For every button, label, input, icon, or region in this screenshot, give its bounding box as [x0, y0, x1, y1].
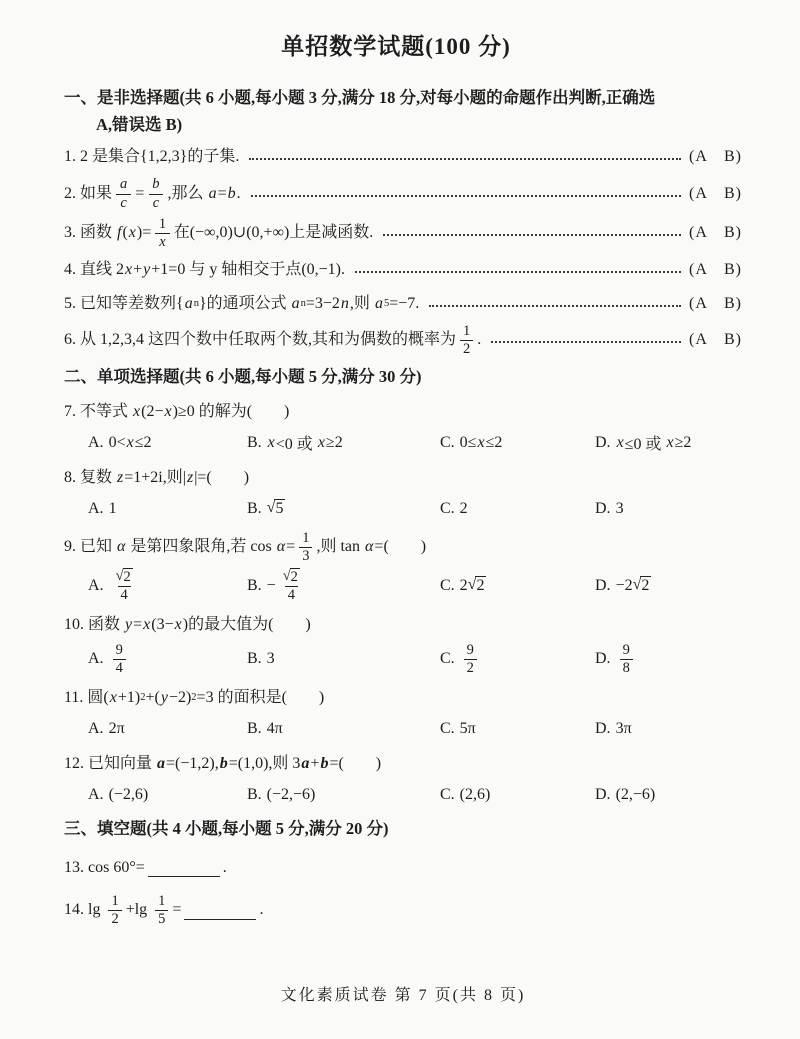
text-segment: 5π [460, 720, 476, 738]
option-label: C. [440, 577, 455, 595]
math-variable: x [267, 434, 276, 452]
exam-paper-page: 单招数学试题(100 分) 一、是非选择题(共 6 小题,每小题 3 分,满分 … [0, 0, 800, 1039]
question-text: cos 60°=. [88, 857, 227, 879]
math-variable: x [174, 614, 183, 636]
math-variable: c [119, 195, 127, 212]
text-segment: (2,−6) [616, 786, 656, 804]
option-label: D. [595, 577, 611, 595]
text-segment: =3 的面积是( ) [197, 687, 325, 709]
section-header: 一、是非选择题(共 6 小题,每小题 3 分,满分 18 分,对每小题的命题作出… [64, 85, 742, 138]
option-text: −2√2 [616, 576, 652, 595]
text-segment: 4π [267, 720, 283, 738]
option-d: D.(2,−6) [595, 786, 742, 804]
answer-choices: (A B) [689, 293, 742, 315]
question-row: 10.函数 y=x(3−x)的最大值为( ) [64, 611, 742, 639]
square-root: √2 [468, 576, 487, 595]
option-b: B.x<0 或 x≥2 [247, 431, 440, 454]
math-variable: x [476, 434, 485, 452]
text-segment: ,那么 [168, 183, 208, 205]
text-segment: + [310, 753, 319, 775]
question-text: lg 12+lg 15=. [88, 893, 263, 928]
square-root: √5 [267, 499, 286, 518]
radicand: 2 [123, 568, 133, 586]
radicand: 2 [475, 576, 486, 595]
option-text: 98 [616, 642, 637, 677]
question-text: 已知向量 a=(−1,2),b=(1,0),则 3a+b=( ) [88, 753, 381, 775]
text-segment: 函数 [88, 614, 124, 636]
text-segment: = [218, 183, 227, 205]
text-segment: 从 1,2,3,4 这四个数中任取两个数,其和为偶数的概率为 [80, 329, 456, 351]
text-segment: 圆( [87, 687, 108, 709]
text-segment: )= [137, 222, 151, 244]
text-segment: 5 [275, 500, 283, 517]
text-segment: . [237, 183, 241, 205]
text-segment: 1 [302, 530, 309, 547]
option-text: 4π [267, 720, 283, 738]
fraction-denominator: 2 [108, 910, 121, 928]
option-text: (2,6) [460, 786, 491, 804]
question-number: 11. [64, 687, 83, 709]
option-text: x≤0 或 x≥2 [616, 431, 692, 454]
section-1-true-false: 一、是非选择题(共 6 小题,每小题 3 分,满分 18 分,对每小题的命题作出… [64, 85, 742, 358]
text-segment: 1 [463, 323, 470, 340]
section-header-line: A,错误选 B) [64, 112, 742, 139]
option-c: C.92 [440, 642, 595, 677]
question-text: 从 1,2,3,4 这四个数中任取两个数,其和为偶数的概率为12. [80, 323, 481, 358]
dotted-leader [249, 158, 681, 160]
text-segment: . [259, 899, 263, 921]
text-segment: =(−1,2), [166, 753, 219, 775]
option-c: C.5π [440, 720, 595, 738]
math-variable: x [109, 687, 118, 709]
text-segment: 2 [460, 577, 468, 595]
text-segment: = [286, 536, 295, 558]
text-segment: 函数 [80, 222, 116, 244]
option-label: D. [595, 500, 611, 518]
option-label: D. [595, 786, 611, 804]
text-segment: 2 是集合{1,2,3}的子集. [80, 146, 239, 168]
option-label: B. [247, 786, 262, 804]
question-number: 4. [64, 259, 76, 281]
text-segment: 2 [463, 341, 470, 358]
option-text: 3π [616, 720, 632, 738]
text-segment: 2 [641, 577, 649, 594]
math-variable: c [152, 195, 160, 212]
option-label: A. [88, 720, 104, 738]
text-segment: = [133, 614, 142, 636]
question-text: 如果ac=bc,那么 a=b. [80, 176, 241, 211]
text-segment: 2π [109, 720, 125, 738]
option-text: x<0 或 x≥2 [267, 431, 343, 454]
fraction-denominator: 5 [155, 910, 168, 928]
text-segment: 1 [109, 500, 117, 518]
option-text: 92 [460, 642, 481, 677]
text-segment: lg [88, 899, 104, 921]
math-variable: α [116, 536, 126, 558]
question-number: 13. [64, 857, 84, 879]
options-row: A.2πB.4πC.5πD.3π [64, 715, 742, 743]
text-segment: +1=0 与 y 轴相交于点(0,−1). [151, 259, 345, 281]
math-variable: n [340, 293, 350, 315]
text-segment: 已知向量 [88, 753, 156, 775]
question-number: 2. [64, 183, 76, 205]
text-segment: cos 60°= [88, 857, 145, 879]
fraction-denominator: 4 [285, 586, 298, 604]
text-segment: 0≤ [460, 434, 477, 452]
question-number: 6. [64, 329, 76, 351]
option-text: 1 [109, 500, 117, 518]
option-label: D. [595, 434, 611, 452]
text-segment: 4 [116, 660, 123, 677]
options-row: A.94B.3C.92D.98 [64, 642, 742, 677]
vector-variable: b [319, 753, 329, 775]
math-variable: a [208, 183, 218, 205]
question-text: 函数 f(x)=1x在(−∞,0)∪(0,+∞)上是减函数. [80, 216, 373, 251]
option-label: A. [88, 434, 104, 452]
question-number: 14. [64, 899, 84, 921]
text-segment: 复数 [80, 467, 116, 489]
text-segment: )的最大值为( ) [183, 614, 311, 636]
text-segment: =( ) [374, 536, 426, 558]
text-segment: (3− [151, 614, 173, 636]
option-label: A. [88, 786, 104, 804]
fraction-numerator: 9 [620, 642, 633, 659]
page-footer: 文化素质试卷 第 7 页(共 8 页) [64, 982, 742, 1021]
text-segment: (2,6) [460, 786, 491, 804]
square-root: √2 [633, 576, 652, 595]
fraction-denominator: 2 [460, 340, 473, 358]
option-label: A. [88, 577, 104, 595]
text-segment: . [223, 857, 227, 879]
page-title: 单招数学试题(100 分) [64, 28, 728, 61]
fraction: 1x [155, 216, 169, 251]
text-segment: }的通项公式 [199, 293, 291, 315]
section-header-line: 一、是非选择题(共 6 小题,每小题 3 分,满分 18 分,对每小题的命题作出… [64, 85, 742, 112]
fraction-denominator: 4 [113, 659, 126, 677]
question-number: 7. [64, 401, 76, 423]
text-segment: ≤2 [135, 434, 152, 452]
option-d: D.3π [595, 720, 742, 738]
section-header: 三、填空题(共 4 小题,每小题 5 分,满分 20 分) [64, 816, 742, 843]
option-d: D.98 [595, 642, 742, 677]
fraction-numerator: b [148, 176, 163, 193]
text-segment: = [135, 183, 144, 205]
text-segment: 2 [467, 660, 474, 677]
fraction-numerator: √2 [280, 568, 303, 586]
section-header-line: 三、填空题(共 4 小题,每小题 5 分,满分 20 分) [64, 816, 742, 843]
math-variable: x [124, 259, 133, 281]
fraction-numerator: 1 [108, 893, 121, 910]
option-text: 3 [267, 650, 275, 668]
options-row: A.1B.√5C.2D.3 [64, 495, 742, 523]
questions-area: 一、是非选择题(共 6 小题,每小题 3 分,满分 18 分,对每小题的命题作出… [64, 79, 742, 937]
text-segment: +( [145, 687, 159, 709]
question-row: 8.复数 z=1+2i,则|z|=( ) [64, 464, 742, 492]
option-label: A. [88, 650, 104, 668]
question-row: 11.圆(x+1)2+(y−2)2=3 的面积是( ) [64, 684, 742, 712]
option-b: B.(−2,−6) [247, 786, 440, 804]
option-c: C.(2,6) [440, 786, 595, 804]
text-segment: −2 [616, 577, 633, 595]
fraction-denominator: 4 [118, 586, 131, 604]
question-row: 1.2 是集合{1,2,3}的子集.(A B) [64, 142, 742, 172]
dotted-leader [383, 234, 681, 236]
option-label: D. [595, 720, 611, 738]
option-label: C. [440, 434, 455, 452]
answer-choices: (A B) [689, 329, 742, 351]
text-segment: ,则 tan [316, 536, 364, 558]
math-variable: x [317, 434, 326, 452]
option-label: C. [440, 500, 455, 518]
text-segment: ≤2 [486, 434, 503, 452]
text-segment: |=( ) [194, 467, 249, 489]
option-label: B. [247, 434, 262, 452]
fraction: 13 [299, 530, 312, 565]
fraction: 12 [460, 323, 473, 358]
answer-blank [184, 919, 256, 920]
text-segment: 4 [288, 587, 295, 604]
option-text: 2π [109, 720, 125, 738]
text-segment: ,则 [350, 293, 374, 315]
text-segment: 3π [616, 720, 632, 738]
text-segment: 1 [111, 893, 118, 910]
question-number: 1. [64, 146, 76, 168]
square-root: √2 [116, 568, 133, 586]
radicand: 5 [274, 499, 285, 518]
question-row: 14.lg 12+lg 15=. [64, 893, 742, 928]
option-a: A.0<x≤2 [88, 434, 247, 452]
question-text: 不等式 x(2−x)≥0 的解为( ) [80, 401, 289, 423]
math-variable: x [163, 401, 172, 423]
text-segment: (2− [141, 401, 163, 423]
text-segment: 3 [616, 500, 624, 518]
text-segment: =(1,0),则 3 [229, 753, 301, 775]
question-text: 直线 2x+y+1=0 与 y 轴相交于点(0,−1). [80, 259, 345, 281]
option-text: 2√2 [460, 576, 487, 595]
math-variable: a [119, 176, 128, 193]
text-segment: +1) [118, 687, 140, 709]
text-segment: )≥0 的解为( ) [173, 401, 290, 423]
text-segment: <0 或 [276, 431, 317, 454]
answer-choices: (A B) [689, 183, 742, 205]
option-c: C.2 [440, 500, 595, 518]
option-text: √24 [109, 568, 140, 604]
fraction-numerator: √2 [113, 568, 136, 586]
fraction: 92 [464, 642, 477, 677]
text-segment: =1+2i,则| [124, 467, 186, 489]
option-text: (−2,−6) [267, 786, 316, 804]
question-text: 已知等差数列{an}的通项公式 an=3−2n,则 a5=−7. [80, 293, 419, 315]
option-text: 94 [109, 642, 130, 677]
fraction-numerator: 1 [299, 530, 312, 547]
dotted-leader [429, 305, 681, 307]
question-text: 函数 y=x(3−x)的最大值为( ) [88, 614, 311, 636]
math-variable: α [364, 536, 374, 558]
option-text: 0<x≤2 [109, 434, 152, 452]
fraction-denominator: 2 [464, 659, 477, 677]
option-c: C.2√2 [440, 576, 595, 595]
option-a: A.2π [88, 720, 247, 738]
text-segment: ≤0 或 [625, 431, 666, 454]
text-segment: 直线 2 [80, 259, 124, 281]
fraction-numerator: 1 [460, 323, 473, 340]
option-b: B.4π [247, 720, 440, 738]
text-segment: =3−2 [306, 293, 340, 315]
question-row: 9.已知 α 是第四象限角,若 cos α=13,则 tan α=( ) [64, 530, 742, 565]
text-segment: 如果 [80, 183, 112, 205]
text-segment: 在(−∞,0)∪(0,+∞)上是减函数. [174, 222, 374, 244]
fraction: ac [116, 176, 131, 211]
text-segment: 已知等差数列{ [80, 293, 184, 315]
text-segment: 8 [623, 660, 630, 677]
fraction-denominator: 8 [620, 659, 633, 677]
math-variable: x [158, 234, 166, 251]
square-root: √2 [283, 568, 300, 586]
option-text: 2 [460, 500, 468, 518]
text-segment: −2) [169, 687, 191, 709]
text-segment: =−7. [389, 293, 419, 315]
text-segment: 3 [267, 650, 275, 668]
text-segment: 1 [158, 893, 165, 910]
answer-choices: (A B) [689, 222, 742, 244]
text-segment: 9 [623, 642, 630, 659]
text-segment: − [267, 577, 276, 595]
text-segment: 2 [111, 911, 118, 928]
text-segment: (−2,6) [109, 786, 149, 804]
question-row: 13.cos 60°=. [64, 852, 742, 884]
option-label: A. [88, 500, 104, 518]
fraction-numerator: 1 [155, 893, 168, 910]
text-segment: +lg [126, 899, 151, 921]
fraction-numerator: 1 [156, 216, 169, 233]
section-header-line: 二、单项选择题(共 6 小题,每小题 5 分,满分 30 分) [64, 364, 742, 391]
math-variable: α [276, 536, 286, 558]
option-text: 5π [460, 720, 476, 738]
text-segment: (−2,−6) [267, 786, 316, 804]
fraction-numerator: 9 [464, 642, 477, 659]
text-segment: ≥2 [326, 434, 343, 452]
text-segment: 1 [159, 216, 166, 233]
vector-variable: b [219, 753, 229, 775]
text-segment: 2 [124, 569, 131, 585]
math-variable: z [186, 467, 194, 489]
text-segment: 已知 [80, 536, 116, 558]
math-variable: x [665, 434, 674, 452]
option-text: −√24 [267, 568, 307, 604]
dotted-leader [491, 341, 681, 343]
question-row: 6.从 1,2,3,4 这四个数中任取两个数,其和为偶数的概率为12.(A B) [64, 323, 742, 358]
fraction: 98 [620, 642, 633, 677]
text-segment: 2 [476, 577, 484, 594]
text-segment: 2 [460, 500, 468, 518]
option-label: C. [440, 720, 455, 738]
vector-variable: a [300, 753, 310, 775]
fraction: 94 [113, 642, 126, 677]
text-segment: 3 [302, 548, 309, 565]
math-variable: a [291, 293, 301, 315]
question-number: 8. [64, 467, 76, 489]
dotted-leader [251, 195, 681, 197]
fraction: 12 [108, 893, 121, 928]
fraction-numerator: a [116, 176, 131, 193]
section-3-fill-in: 三、填空题(共 4 小题,每小题 5 分,满分 20 分)13.cos 60°=… [64, 816, 742, 928]
fraction: 15 [155, 893, 168, 928]
text-segment: = [172, 899, 181, 921]
question-text: 复数 z=1+2i,则|z|=( ) [80, 467, 249, 489]
option-b: B.3 [247, 650, 440, 668]
vector-variable: a [156, 753, 166, 775]
option-label: D. [595, 650, 611, 668]
question-number: 9. [64, 536, 76, 558]
math-variable: x [616, 434, 625, 452]
text-segment: . [477, 329, 481, 351]
option-text: 3 [616, 500, 624, 518]
option-c: C.0≤x≤2 [440, 434, 595, 452]
option-label: C. [440, 786, 455, 804]
text-segment: =( ) [329, 753, 381, 775]
text-segment: + [133, 259, 142, 281]
math-variable: y [142, 259, 151, 281]
option-label: B. [247, 650, 262, 668]
option-label: B. [247, 720, 262, 738]
option-b: B.−√24 [247, 568, 440, 604]
option-label: B. [247, 577, 262, 595]
math-variable: a [374, 293, 384, 315]
text-segment: 9 [467, 642, 474, 659]
option-a: A.(−2,6) [88, 786, 247, 804]
option-a: A.√24 [88, 568, 247, 604]
answer-blank [148, 876, 220, 877]
question-number: 12. [64, 753, 84, 775]
fraction-denominator: x [155, 233, 169, 251]
question-row: 7.不等式 x(2−x)≥0 的解为( ) [64, 398, 742, 426]
dotted-leader [355, 271, 681, 273]
math-variable: x [142, 614, 151, 636]
math-variable: z [116, 467, 124, 489]
math-variable: y [160, 687, 169, 709]
answer-choices: (A B) [689, 259, 742, 281]
answer-choices: (A B) [689, 146, 742, 168]
question-text: 2 是集合{1,2,3}的子集. [80, 146, 239, 168]
question-row: 2.如果ac=bc,那么 a=b.(A B) [64, 176, 742, 211]
text-segment: 2 [291, 569, 298, 585]
question-number: 5. [64, 293, 76, 315]
text-segment: 9 [116, 642, 123, 659]
question-text: 已知 α 是第四象限角,若 cos α=13,则 tan α=( ) [80, 530, 426, 565]
math-variable: y [124, 614, 133, 636]
options-row: A.0<x≤2B.x<0 或 x≥2C.0≤x≤2D.x≤0 或 x≥2 [64, 429, 742, 457]
section-2-multiple-choice: 二、单项选择题(共 6 小题,每小题 5 分,满分 30 分)7.不等式 x(2… [64, 364, 742, 809]
text-segment: ≥2 [675, 434, 692, 452]
fraction: √24 [113, 568, 136, 604]
radicand: 2 [640, 576, 651, 595]
text-segment: 4 [121, 587, 128, 604]
text-segment: 不等式 [80, 401, 132, 423]
question-number: 10. [64, 614, 84, 636]
option-a: A.94 [88, 642, 247, 677]
math-variable: a [184, 293, 194, 315]
option-d: D.x≤0 或 x≥2 [595, 431, 742, 454]
option-text: √5 [267, 499, 286, 518]
text-segment: 5 [158, 911, 165, 928]
question-row: 3.函数 f(x)=1x在(−∞,0)∪(0,+∞)上是减函数.(A B) [64, 216, 742, 251]
radicand: 2 [290, 568, 300, 586]
fraction-denominator: c [149, 194, 163, 212]
options-row: A.(−2,6)B.(−2,−6)C.(2,6)D.(2,−6) [64, 781, 742, 809]
math-variable: b [151, 176, 160, 193]
section-header: 二、单项选择题(共 6 小题,每小题 5 分,满分 30 分) [64, 364, 742, 391]
math-variable: x [132, 401, 141, 423]
